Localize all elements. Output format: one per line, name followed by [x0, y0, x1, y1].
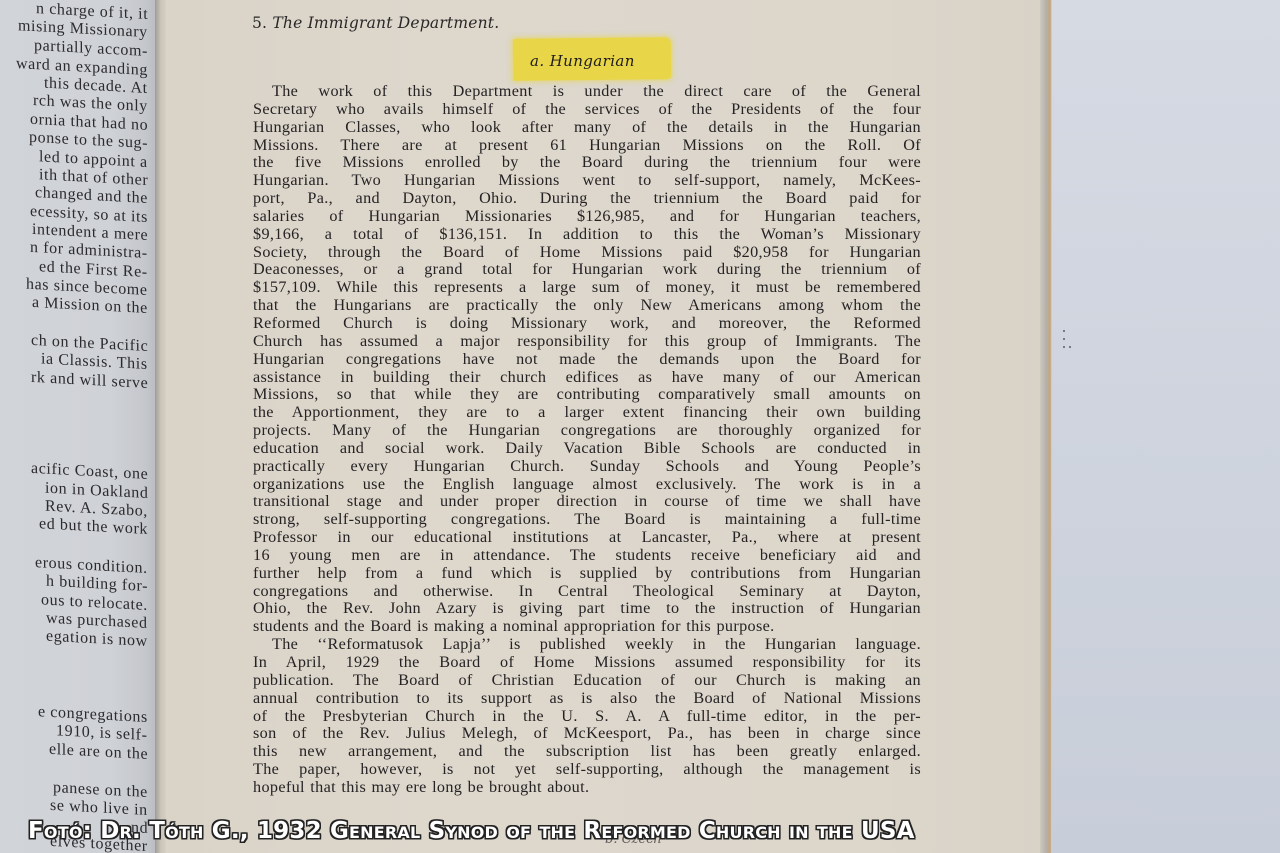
section-title: 5. The Immigrant Department. — [252, 14, 499, 32]
previous-page-line: se who live in — [50, 797, 148, 820]
page-edge — [1040, 0, 1052, 853]
text-line: Hungarian Classes, who look after many o… — [253, 119, 921, 137]
text-line: the Apportionment, they are to a larger … — [253, 404, 921, 422]
previous-page: n charge of it, itmising Missionaryparti… — [0, 0, 158, 853]
text-line: Missions, so that while they are contrib… — [253, 386, 921, 404]
text-line: In April, 1929 the Board of Home Mission… — [253, 654, 921, 672]
section-number: 5. — [252, 14, 267, 32]
text-line: that the Hungarians are practically the … — [253, 297, 921, 315]
text-line: practically every Hungarian Church. Sund… — [253, 458, 921, 476]
text-line: son of the Rev. Julius Melegh, of McKees… — [253, 725, 921, 743]
text-line: congregations and otherwise. In Central … — [253, 583, 921, 601]
text-line: Secretary who avails himself of the serv… — [253, 101, 921, 119]
text-line: The paper, however, is not yet self-supp… — [253, 761, 921, 779]
text-line: Missions. There are at present 61 Hungar… — [253, 137, 921, 155]
paragraph: The work of this Department is under the… — [253, 83, 921, 636]
text-line: Professor in our educational institution… — [253, 529, 921, 547]
text-line: Hungarian. Two Hungarian Missions went t… — [253, 172, 921, 190]
text-line: 16 young men are in attendance. The stud… — [253, 547, 921, 565]
text-line: Church has assumed a major responsibilit… — [253, 333, 921, 351]
text-line: transitional stage and under proper dire… — [253, 493, 921, 511]
text-line: assistance in building their church edif… — [253, 369, 921, 387]
section-title-text: The Immigrant Department. — [272, 14, 499, 32]
text-line: of the Presbyterian Church in the U. S. … — [253, 708, 921, 726]
text-line: students and the Board is making a nomin… — [253, 618, 921, 636]
text-line: salaries of Hungarian Missionaries $126,… — [253, 208, 921, 226]
text-line: Ohio, the Rev. John Azary is giving part… — [253, 600, 921, 618]
text-line: Deaconesses, or a grand total for Hungar… — [253, 261, 921, 279]
text-line: port, Pa., and Dayton, Ohio. During the … — [253, 190, 921, 208]
text-line: The ‘‘Reformatusok Lapja’’ is published … — [253, 636, 921, 654]
text-line: publication. The Board of Christian Educ… — [253, 672, 921, 690]
background-specks — [1063, 330, 1073, 354]
photo-credit-caption: Fotó: Dr. Tóth G., 1932 General Synod of… — [28, 818, 915, 844]
body-text: The work of this Department is under the… — [253, 83, 921, 797]
text-line: further help from a fund which is suppli… — [253, 565, 921, 583]
text-line: organizations use the English language a… — [253, 476, 921, 494]
text-line: strong, self-supporting congregations. T… — [253, 511, 921, 529]
subheading-hungarian: a. Hungarian — [530, 52, 635, 70]
text-line: the five Missions enrolled by the Board … — [253, 154, 921, 172]
text-line: The work of this Department is under the… — [253, 83, 921, 101]
text-line: Society, through the Board of Home Missi… — [253, 244, 921, 262]
text-line: $9,166, a total of $136,151. In addition… — [253, 226, 921, 244]
text-line: education and social work. Daily Vacatio… — [253, 440, 921, 458]
text-line: projects. Many of the Hungarian congrega… — [253, 422, 921, 440]
text-line: $157,109. While this represents a large … — [253, 279, 921, 297]
text-line: Reformed Church is doing Missionary work… — [253, 315, 921, 333]
previous-page-line: elle are on the — [49, 741, 148, 764]
background-surface — [1050, 0, 1280, 853]
text-line: this new arrangement, and the subscripti… — [253, 743, 921, 761]
text-line: Hungarian congregations have not made th… — [253, 351, 921, 369]
text-line: annual contribution to its support as is… — [253, 690, 921, 708]
paragraph: The ‘‘Reformatusok Lapja’’ is published … — [253, 636, 921, 797]
text-line: hopeful that this may ere long be brough… — [253, 779, 921, 797]
